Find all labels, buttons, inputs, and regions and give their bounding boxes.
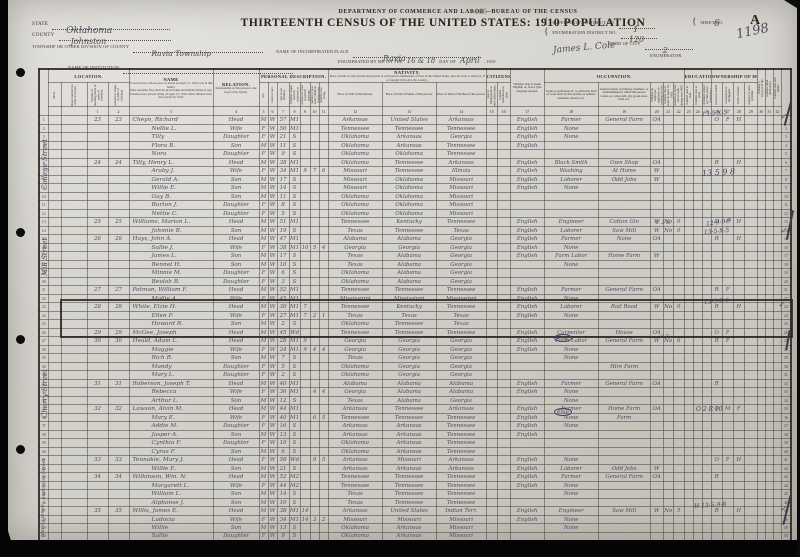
cell-civil-war-veteran xyxy=(757,294,765,303)
cell-father-birthplace: United States xyxy=(382,116,436,125)
cell-occupation: Washing xyxy=(544,167,598,176)
cell-civil-war-veteran xyxy=(757,218,765,227)
cell-children-born xyxy=(310,192,319,201)
cell-color-race: W xyxy=(268,158,277,167)
cell-name: Mary L. xyxy=(129,371,213,380)
cell-relation: Son xyxy=(213,226,259,235)
cell-relation: Wife xyxy=(213,388,259,397)
cell-father-birthplace: Georgia xyxy=(382,371,436,380)
cell-blind xyxy=(765,345,773,354)
cell-home-mortgage xyxy=(722,379,733,388)
cell-sex: F xyxy=(259,277,268,286)
census-row: 473535Willis, James E.HeadMW38M114Arkans… xyxy=(39,507,791,516)
cell-birthplace: Texas xyxy=(328,396,382,405)
cell-farm-or-house: F xyxy=(733,405,744,414)
cell-occupation: Farmer xyxy=(544,286,598,295)
cell-father-birthplace: Tennessee xyxy=(382,320,436,329)
cell-children-born xyxy=(310,141,319,150)
cell-can-read xyxy=(684,277,693,286)
cell-mother-birthplace: Georgia xyxy=(436,260,486,269)
cell-can-write xyxy=(693,226,702,235)
cell-naturalization xyxy=(497,388,510,397)
cell-years-married xyxy=(300,371,310,380)
cell-civil-war-veteran xyxy=(757,405,765,414)
cell-immigration-year xyxy=(486,439,497,448)
township-label: TOWNSHIP OR OTHER DIVISION OF COUNTY xyxy=(32,44,129,49)
cell-farm-schedule xyxy=(744,218,757,227)
cell-weeks-out-of-work xyxy=(673,320,684,329)
cell-years-married xyxy=(300,473,310,482)
cell-deaf xyxy=(773,167,781,176)
cell-age: 52 xyxy=(277,286,289,295)
cell-out-of-work xyxy=(663,396,673,405)
street-cell xyxy=(48,303,61,312)
cell-blind xyxy=(765,337,773,346)
cell-years-married xyxy=(300,277,310,286)
cell-blind xyxy=(765,277,773,286)
cell-relation: Head xyxy=(213,286,259,295)
cell-occupation xyxy=(544,371,598,380)
cell-sex: F xyxy=(259,413,268,422)
cell-out-of-work xyxy=(663,150,673,159)
cell-children-born: 5 xyxy=(310,243,319,252)
cell-sex: F xyxy=(259,422,268,431)
cell-industry xyxy=(598,192,650,201)
cell-employment-class xyxy=(650,277,663,286)
cell-age: 45 xyxy=(277,294,289,303)
cell-mother-birthplace: Tennessee xyxy=(436,218,486,227)
cell-out-of-work xyxy=(663,345,673,354)
cell-family-number xyxy=(108,422,129,431)
cell-can-read xyxy=(684,354,693,363)
cell-attended-school xyxy=(702,396,711,405)
cell-blind xyxy=(765,252,773,261)
cell-sex: F xyxy=(259,481,268,490)
cell-deaf xyxy=(773,388,781,397)
cell-occupation xyxy=(544,269,598,278)
cell-birthplace: Texas xyxy=(328,490,382,499)
cell-mother-birthplace: Tennessee xyxy=(436,413,486,422)
line-number-right: 30 xyxy=(781,362,791,371)
cell-weeks-out-of-work xyxy=(673,184,684,193)
cell-home-mortgage xyxy=(722,388,733,397)
cell-color-race: W xyxy=(268,320,277,329)
cell-dwelling-number xyxy=(87,515,108,524)
cell-dwelling-number xyxy=(87,167,108,176)
line-number-left: 25 xyxy=(39,320,48,329)
cell-name: Flora B. xyxy=(129,141,213,150)
cell-blind xyxy=(765,133,773,142)
column-number: 30 xyxy=(757,107,765,116)
cell-name: Burton J. xyxy=(129,201,213,210)
cell-marital-status: M1 xyxy=(289,388,300,397)
cell-father-birthplace: Tennessee xyxy=(382,413,436,422)
street-name-label: Cherry Street xyxy=(41,334,54,454)
cell-color-race: W xyxy=(268,167,277,176)
cell-sex: F xyxy=(259,439,268,448)
cell-family-number xyxy=(108,294,129,303)
cell-deaf xyxy=(773,430,781,439)
cell-years-married xyxy=(300,260,310,269)
cell-age: 45 xyxy=(277,328,289,337)
cell-father-birthplace: Tennessee xyxy=(382,498,436,507)
cell-attended-school xyxy=(702,337,711,346)
cell-sex: M xyxy=(259,396,268,405)
cell-occupation xyxy=(544,320,598,329)
cell-home-mortgage: F xyxy=(722,337,733,346)
cell-civil-war-veteran xyxy=(757,388,765,397)
cell-father-birthplace: Tennessee xyxy=(382,226,436,235)
cell-attended-school xyxy=(702,490,711,499)
cell-family-number xyxy=(108,447,129,456)
cell-attended-school xyxy=(702,515,711,524)
cell-farm-or-house xyxy=(733,328,744,337)
cell-color-race: W xyxy=(268,371,277,380)
cell-civil-war-veteran xyxy=(757,345,765,354)
cell-immigration-year xyxy=(486,354,497,363)
cell-color-race: W xyxy=(268,354,277,363)
cell-children-born: 3 xyxy=(310,515,319,524)
census-row: 5NoraDaughterFW9SOklahomaOklahomaTenness… xyxy=(39,150,791,159)
cell-family-number xyxy=(108,430,129,439)
cell-children-born: 2 xyxy=(310,311,319,320)
cell-can-read xyxy=(684,184,693,193)
cell-farm-or-house xyxy=(733,243,744,252)
cell-house-number xyxy=(61,124,87,133)
cell-home-owned-rented xyxy=(711,184,722,193)
cell-marital-status: M1 xyxy=(289,243,300,252)
cell-blind xyxy=(765,150,773,159)
cell-naturalization xyxy=(497,422,510,431)
cell-father-birthplace: Arkansas xyxy=(382,439,436,448)
cell-can-write xyxy=(693,277,702,286)
census-row: 8Gerald A.SonMW17SMissouriOklahomaMissou… xyxy=(39,175,791,184)
cell-sex: M xyxy=(259,235,268,244)
cell-name: Cyrus F. xyxy=(129,447,213,456)
cell-can-write xyxy=(693,303,702,312)
cell-attended-school xyxy=(702,524,711,533)
cell-sex: F xyxy=(259,269,268,278)
cell-farm-or-house xyxy=(733,184,744,193)
cell-farm-or-house xyxy=(733,269,744,278)
cell-employment-class: W xyxy=(650,252,663,261)
cell-house-number xyxy=(61,218,87,227)
cell-employment-class xyxy=(650,362,663,371)
cell-deaf xyxy=(773,320,781,329)
cell-children-living: 1 xyxy=(319,311,328,320)
cell-out-of-work: No xyxy=(663,226,673,235)
cell-name: Bennet H. xyxy=(129,260,213,269)
cell-language xyxy=(510,490,544,499)
cell-naturalization xyxy=(497,379,510,388)
cell-industry xyxy=(598,430,650,439)
cell-deaf xyxy=(773,269,781,278)
cell-years-married xyxy=(300,439,310,448)
cell-farm-or-house xyxy=(733,345,744,354)
cell-language: English xyxy=(510,252,544,261)
cell-weeks-out-of-work xyxy=(673,328,684,337)
column-number xyxy=(48,107,61,116)
cell-attended-school xyxy=(702,464,711,473)
line-number-right: 39 xyxy=(781,439,791,448)
cell-years-married xyxy=(300,269,310,278)
cell-children-living xyxy=(319,405,328,414)
cell-deaf xyxy=(773,141,781,150)
cell-mother-birthplace: Georgia xyxy=(436,277,486,286)
cell-can-read xyxy=(684,337,693,346)
cell-house-number xyxy=(61,354,87,363)
cell-family-number xyxy=(108,150,129,159)
cell-family-number xyxy=(108,396,129,405)
cell-language: English xyxy=(510,456,544,465)
cell-house-number xyxy=(61,422,87,431)
cell-children-born xyxy=(310,269,319,278)
cell-industry: General Farm xyxy=(598,473,650,482)
cell-birthplace: Texas xyxy=(328,252,382,261)
cell-naturalization xyxy=(497,371,510,380)
cell-dwelling-number xyxy=(87,175,108,184)
cell-relation: Daughter xyxy=(213,362,259,371)
cell-family-number: 29 xyxy=(108,328,129,337)
cell-blind xyxy=(765,209,773,218)
census-row: 413333Tennakie, Mary J.HeadFW58Wd95Arkan… xyxy=(39,456,791,465)
cell-mother-birthplace: Illinois xyxy=(436,167,486,176)
cell-deaf xyxy=(773,354,781,363)
line-number-right: 32 xyxy=(781,379,791,388)
cell-naturalization xyxy=(497,124,510,133)
census-row: 2Nellie L.WifeFW50M1TennesseeTennesseeTe… xyxy=(39,124,791,133)
cell-father-birthplace: Oklahoma xyxy=(382,209,436,218)
cell-occupation xyxy=(544,141,598,150)
cell-family-number xyxy=(108,354,129,363)
cell-birthplace: Georgia xyxy=(328,337,382,346)
census-table: LOCATION.NAMEof each person whose place … xyxy=(38,68,792,542)
cell-civil-war-veteran xyxy=(757,396,765,405)
cell-color-race: W xyxy=(268,456,277,465)
header-industry: General nature of industry, business, or… xyxy=(598,83,650,107)
cell-dwelling-number xyxy=(87,269,108,278)
cell-language: English xyxy=(510,158,544,167)
cell-sex: F xyxy=(259,311,268,320)
cell-weeks-out-of-work xyxy=(673,447,684,456)
enumeration-district-label: ENUMERATION DISTRICT NO. xyxy=(552,30,617,35)
cell-deaf xyxy=(773,337,781,346)
cell-dwelling-number xyxy=(87,260,108,269)
cell-industry xyxy=(598,354,650,363)
cell-children-living xyxy=(319,226,328,235)
cell-mother-birthplace: Tennessee xyxy=(436,439,486,448)
cell-occupation: None xyxy=(544,260,598,269)
cell-name: Ellen F. xyxy=(129,311,213,320)
cell-occupation xyxy=(544,498,598,507)
cell-naturalization xyxy=(497,413,510,422)
cell-civil-war-veteran xyxy=(757,286,765,295)
cell-civil-war-veteran xyxy=(757,226,765,235)
cell-birthplace: Tennessee xyxy=(328,473,382,482)
cell-sex: F xyxy=(259,124,268,133)
cell-out-of-work xyxy=(663,354,673,363)
cell-industry xyxy=(598,320,650,329)
header-children-living: Number now living. xyxy=(319,83,328,107)
cell-marital-status: M1 xyxy=(289,116,300,125)
cell-civil-war-veteran xyxy=(757,158,765,167)
cell-color-race: W xyxy=(268,507,277,516)
cell-industry xyxy=(598,515,650,524)
cell-birthplace: Arkansas xyxy=(328,430,382,439)
census-row: 12323Cheyn, RichardHeadMW57M1ArkansasUni… xyxy=(39,116,791,125)
cell-family-number xyxy=(108,175,129,184)
cell-relation: Head xyxy=(213,456,259,465)
cell-mother-birthplace: Tennessee xyxy=(436,422,486,431)
cell-marital-status: M1 xyxy=(289,515,300,524)
cell-sex: F xyxy=(259,388,268,397)
cell-father-birthplace: Arkansas xyxy=(382,524,436,533)
cell-immigration-year xyxy=(486,150,497,159)
cell-home-owned-rented xyxy=(711,490,722,499)
cell-birthplace: Oklahoma xyxy=(328,524,382,533)
cell-can-read xyxy=(684,473,693,482)
cell-mother-birthplace: Missouri xyxy=(436,524,486,533)
column-number: 14 xyxy=(436,107,486,116)
cell-language xyxy=(510,260,544,269)
cell-employment-class xyxy=(650,396,663,405)
cell-language xyxy=(510,447,544,456)
column-number: 23 xyxy=(684,107,693,116)
cell-out-of-work xyxy=(663,252,673,261)
cell-sex: M xyxy=(259,286,268,295)
cell-color-race: W xyxy=(268,269,277,278)
cell-marital-status: M1 xyxy=(289,311,300,320)
cell-attended-school xyxy=(702,277,711,286)
cell-weeks-out-of-work xyxy=(673,252,684,261)
enumerated-year: , 1910 xyxy=(484,59,496,64)
cell-color-race: W xyxy=(268,337,277,346)
cell-home-mortgage xyxy=(722,413,733,422)
cell-color-race: W xyxy=(268,133,277,142)
cell-weeks-out-of-work xyxy=(673,379,684,388)
cell-house-number xyxy=(61,133,87,142)
cell-dwelling-number xyxy=(87,524,108,533)
handwritten-annotation: O F xyxy=(660,334,669,340)
cell-blind xyxy=(765,362,773,371)
cell-can-read xyxy=(684,379,693,388)
cell-attended-school xyxy=(702,133,711,142)
cell-children-living: 4 xyxy=(319,243,328,252)
cell-weeks-out-of-work xyxy=(673,473,684,482)
cell-age: 52 xyxy=(277,473,289,482)
cell-can-write xyxy=(693,490,702,499)
cell-blind xyxy=(765,371,773,380)
cell-blind xyxy=(765,379,773,388)
header-birthplace: Place of birth of this Person. xyxy=(328,83,382,107)
cell-children-living xyxy=(319,124,328,133)
cell-family-number: 28 xyxy=(108,303,129,312)
cell-home-owned-rented xyxy=(711,515,722,524)
cell-family-number: 25 xyxy=(108,218,129,227)
cell-children-living xyxy=(319,175,328,184)
cell-weeks-out-of-work xyxy=(673,192,684,201)
cell-house-number xyxy=(61,490,87,499)
cell-father-birthplace: Georgia xyxy=(382,337,436,346)
cell-color-race: W xyxy=(268,490,277,499)
cell-occupation: None xyxy=(544,490,598,499)
cell-out-of-work xyxy=(663,362,673,371)
cell-farm-schedule xyxy=(744,524,757,533)
cell-name: Roberson, Joseph T. xyxy=(129,379,213,388)
census-form-paper: STATE Oklahoma COUNTY Johnston TOWNSHIP … xyxy=(8,0,797,540)
cell-weeks-out-of-work xyxy=(673,430,684,439)
line-number-right: 44 xyxy=(781,481,791,490)
cell-marital-status: S xyxy=(289,396,300,405)
census-row: 37Addie M.DaughterFW16SArkansasArkansasT… xyxy=(39,422,791,431)
cell-industry: General Farm xyxy=(598,337,650,346)
cell-blind xyxy=(765,303,773,312)
cell-industry xyxy=(598,396,650,405)
cell-naturalization xyxy=(497,277,510,286)
cell-house-number xyxy=(61,286,87,295)
cell-relation: Wife xyxy=(213,515,259,524)
cell-family-number: 26 xyxy=(108,235,129,244)
cell-employment-class xyxy=(650,269,663,278)
cell-children-living xyxy=(319,362,328,371)
cell-home-owned-rented: R xyxy=(711,337,722,346)
cell-out-of-work xyxy=(663,456,673,465)
cell-language xyxy=(510,439,544,448)
cell-name: Willie E. xyxy=(129,464,213,473)
cell-children-living xyxy=(319,133,328,142)
census-row: 34Arthur L.SonMW12STexasAlabamaGeorgiaNo… xyxy=(39,396,791,405)
census-row: 22Mollie A.WifeFW45M1MississippiMississi… xyxy=(39,294,791,303)
cell-name: Araby J. xyxy=(129,167,213,176)
cell-marital-status: S xyxy=(289,498,300,507)
cell-farm-or-house xyxy=(733,294,744,303)
cell-attended-school xyxy=(702,354,711,363)
cell-name: Margarett L. xyxy=(129,481,213,490)
cell-civil-war-veteran xyxy=(757,498,765,507)
cell-mother-birthplace: Georgia xyxy=(436,235,486,244)
cell-blind xyxy=(765,243,773,252)
cell-children-born xyxy=(310,328,319,337)
cell-language xyxy=(510,498,544,507)
cell-language: English xyxy=(510,124,544,133)
cell-can-read xyxy=(684,490,693,499)
cell-immigration-year xyxy=(486,320,497,329)
cell-occupation: None xyxy=(544,456,598,465)
cell-father-birthplace: Oklahoma xyxy=(382,150,436,159)
cell-father-birthplace: Missouri xyxy=(382,456,436,465)
cell-immigration-year xyxy=(486,218,497,227)
cell-weeks-out-of-work xyxy=(673,396,684,405)
cell-employment-class: OA xyxy=(650,116,663,125)
header-family-number: Number of family in order of visitation. xyxy=(108,83,129,107)
column-number: 11 xyxy=(319,107,328,116)
cell-occupation xyxy=(544,277,598,286)
cell-years-married: 14 xyxy=(300,507,310,516)
cell-birthplace: Georgia xyxy=(328,345,382,354)
cell-weeks-out-of-work xyxy=(673,422,684,431)
cell-employment-class xyxy=(650,490,663,499)
cell-home-mortgage xyxy=(722,141,733,150)
cell-out-of-work: No xyxy=(663,507,673,516)
cell-children-living xyxy=(319,328,328,337)
cell-weeks-out-of-work: 5 xyxy=(673,507,684,516)
cell-age: 10 xyxy=(277,260,289,269)
cell-immigration-year xyxy=(486,507,497,516)
cell-immigration-year xyxy=(486,167,497,176)
cell-civil-war-veteran xyxy=(757,150,765,159)
cell-weeks-out-of-work: 0 xyxy=(673,218,684,227)
cell-color-race: W xyxy=(268,524,277,533)
